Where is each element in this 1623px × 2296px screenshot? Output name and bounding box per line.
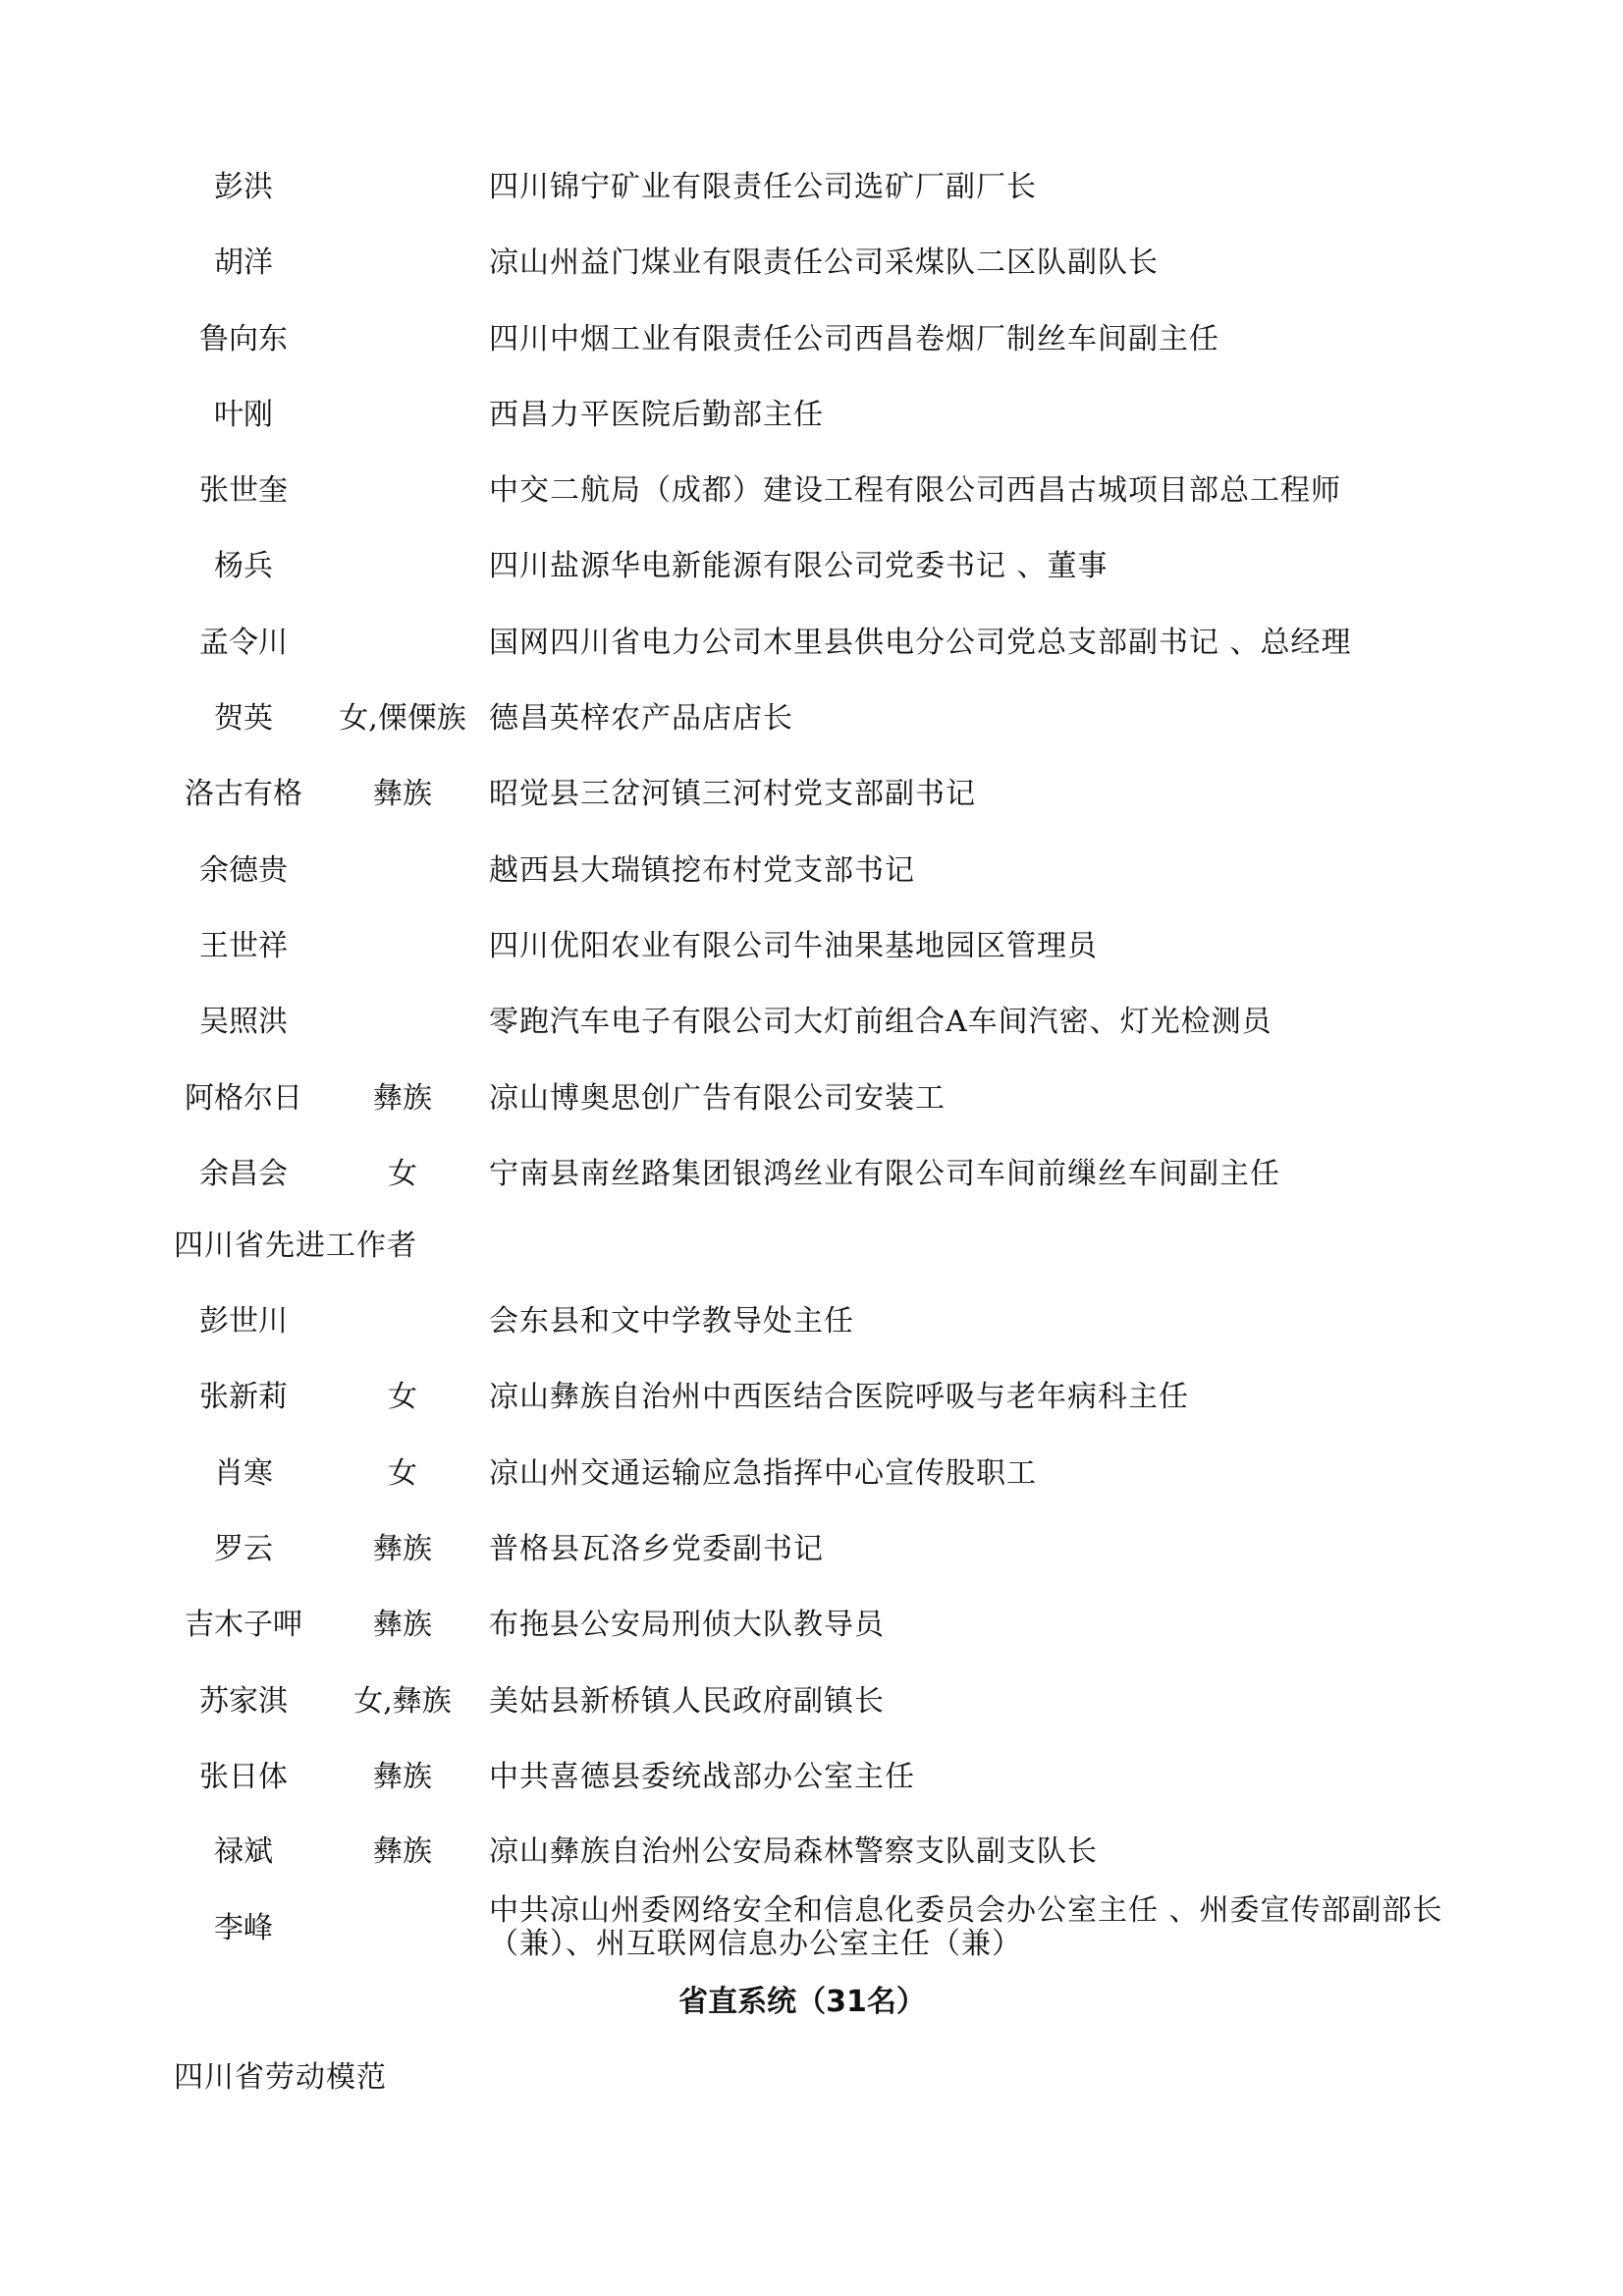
person-ethnicity: 彝族 [324,1079,481,1119]
person-title: 西昌力平医院后勤部主任 [489,396,1461,435]
person-name: 苏家淇 [167,1682,320,1722]
list-item: 贺英 女,傈傈族 德昌英梓农产品店店长 [0,699,1623,738]
person-title: 四川盐源华电新能源有限公司党委书记 、董事 [489,547,1461,586]
person-title: 越西县大瑞镇挖布村党支部书记 [489,851,1461,891]
person-title: 凉山彝族自治州公安局森林警察支队副支队长 [489,1832,1461,1872]
document-page: 彭洪 四川锦宁矿业有限责任公司选矿厂副厂长 胡洋 凉山州益门煤业有限责任公司采煤… [0,0,1623,2296]
person-name: 彭洪 [167,168,320,207]
list-item: 张新莉 女 凉山彝族自治州中西医结合医院呼吸与老年病科主任 [0,1378,1623,1417]
person-name: 余昌会 [167,1155,320,1194]
list-item: 孟令川 国网四川省电力公司木里县供电分公司党总支部副书记 、总经理 [0,624,1623,663]
person-title: 会东县和文中学教导处主任 [489,1302,1461,1341]
list-item: 彭世川 会东县和文中学教导处主任 [0,1302,1623,1341]
list-item: 李峰 中共凉山州委网络安全和信息化委员会办公室主任 、州委宣传部副部长（兼）、州… [0,1894,1623,1963]
list-item: 吴照洪 零跑汽车电子有限公司大灯前组合A车间汽密、灯光检测员 [0,1003,1623,1042]
list-item: 阿格尔日 彝族 凉山博奥思创广告有限公司安装工 [0,1079,1623,1119]
list-item: 余昌会 女 宁南县南丝路集团银鸿丝业有限公司车间前缫丝车间副主任 [0,1155,1623,1194]
person-name: 洛古有格 [167,775,320,814]
list-item: 张世奎 中交二航局（成都）建设工程有限公司西昌古城项目部总工程师 [0,471,1623,511]
person-ethnicity: 彝族 [324,775,481,814]
person-name: 胡洋 [167,244,320,283]
person-ethnicity: 女 [324,1155,481,1194]
section-heading-labor-models: 四川省劳动模范 [174,2058,387,2098]
person-title: 普格县瓦洛乡党委副书记 [489,1530,1461,1569]
person-ethnicity: 彝族 [324,1606,481,1645]
person-title: 凉山州益门煤业有限责任公司采煤队二区队副队长 [489,244,1461,283]
list-item: 罗云 彝族 普格县瓦洛乡党委副书记 [0,1530,1623,1569]
person-title: 布拖县公安局刑侦大队教导员 [489,1606,1461,1645]
person-ethnicity: 彝族 [324,1530,481,1569]
person-title: 中共凉山州委网络安全和信息化委员会办公室主任 、州委宣传部副部长（兼）、州互联网… [489,1894,1451,1961]
person-name: 禄斌 [167,1832,320,1872]
person-title: 凉山彝族自治州中西医结合医院呼吸与老年病科主任 [489,1378,1461,1417]
person-name: 张新莉 [167,1378,320,1417]
person-name: 李峰 [167,1909,320,1948]
person-name: 阿格尔日 [167,1079,320,1119]
person-name: 罗云 [167,1530,320,1569]
list-item: 吉木子呷 彝族 布拖县公安局刑侦大队教导员 [0,1606,1623,1645]
person-title: 四川优阳农业有限公司牛油果基地园区管理员 [489,927,1461,966]
list-item: 胡洋 凉山州益门煤业有限责任公司采煤队二区队副队长 [0,244,1623,283]
list-item: 禄斌 彝族 凉山彝族自治州公安局森林警察支队副支队长 [0,1832,1623,1872]
person-name: 鲁向东 [167,320,320,359]
person-name: 肖寒 [167,1454,320,1494]
person-name: 孟令川 [167,624,320,663]
person-name: 叶刚 [167,396,320,435]
list-item: 张日体 彝族 中共喜德县委统战部办公室主任 [0,1758,1623,1797]
person-title: 德昌英梓农产品店店长 [489,699,1461,738]
list-item: 苏家淇 女,彝族 美姑县新桥镇人民政府副镇长 [0,1682,1623,1722]
person-ethnicity: 彝族 [324,1832,481,1872]
list-item: 肖寒 女 凉山州交通运输应急指挥中心宣传股职工 [0,1454,1623,1494]
list-item: 余德贵 越西县大瑞镇挖布村党支部书记 [0,851,1623,891]
list-item: 杨兵 四川盐源华电新能源有限公司党委书记 、董事 [0,547,1623,586]
person-ethnicity: 女,彝族 [324,1682,481,1722]
section-heading-provincial-system: 省直系统（31名） [0,1983,1604,2022]
person-title: 凉山州交通运输应急指挥中心宣传股职工 [489,1454,1461,1494]
list-item: 王世祥 四川优阳农业有限公司牛油果基地园区管理员 [0,927,1623,966]
person-ethnicity: 女,傈傈族 [324,699,481,738]
person-name: 彭世川 [167,1302,320,1341]
person-name: 吉木子呷 [167,1606,320,1645]
person-name: 杨兵 [167,547,320,586]
person-name: 吴照洪 [167,1003,320,1042]
person-ethnicity: 彝族 [324,1758,481,1797]
section-heading-advanced-workers: 四川省先进工作者 [174,1227,417,1266]
person-name: 张日体 [167,1758,320,1797]
person-name: 贺英 [167,699,320,738]
list-item: 鲁向东 四川中烟工业有限责任公司西昌卷烟厂制丝车间副主任 [0,320,1623,359]
person-title: 四川中烟工业有限责任公司西昌卷烟厂制丝车间副主任 [489,320,1461,359]
person-name: 张世奎 [167,471,320,511]
person-name: 王世祥 [167,927,320,966]
list-item: 叶刚 西昌力平医院后勤部主任 [0,396,1623,435]
person-ethnicity: 女 [324,1454,481,1494]
list-item: 洛古有格 彝族 昭觉县三岔河镇三河村党支部副书记 [0,775,1623,814]
list-item: 彭洪 四川锦宁矿业有限责任公司选矿厂副厂长 [0,168,1623,207]
person-ethnicity: 女 [324,1378,481,1417]
person-title: 宁南县南丝路集团银鸿丝业有限公司车间前缫丝车间副主任 [489,1155,1461,1194]
person-title: 中共喜德县委统战部办公室主任 [489,1758,1461,1797]
person-title: 国网四川省电力公司木里县供电分公司党总支部副书记 、总经理 [489,624,1461,663]
person-name: 余德贵 [167,851,320,891]
person-title: 凉山博奥思创广告有限公司安装工 [489,1079,1461,1119]
person-title: 四川锦宁矿业有限责任公司选矿厂副厂长 [489,168,1461,207]
person-title: 中交二航局（成都）建设工程有限公司西昌古城项目部总工程师 [489,471,1461,511]
person-title: 零跑汽车电子有限公司大灯前组合A车间汽密、灯光检测员 [489,1003,1461,1042]
person-title: 昭觉县三岔河镇三河村党支部副书记 [489,775,1461,814]
person-title: 美姑县新桥镇人民政府副镇长 [489,1682,1461,1722]
